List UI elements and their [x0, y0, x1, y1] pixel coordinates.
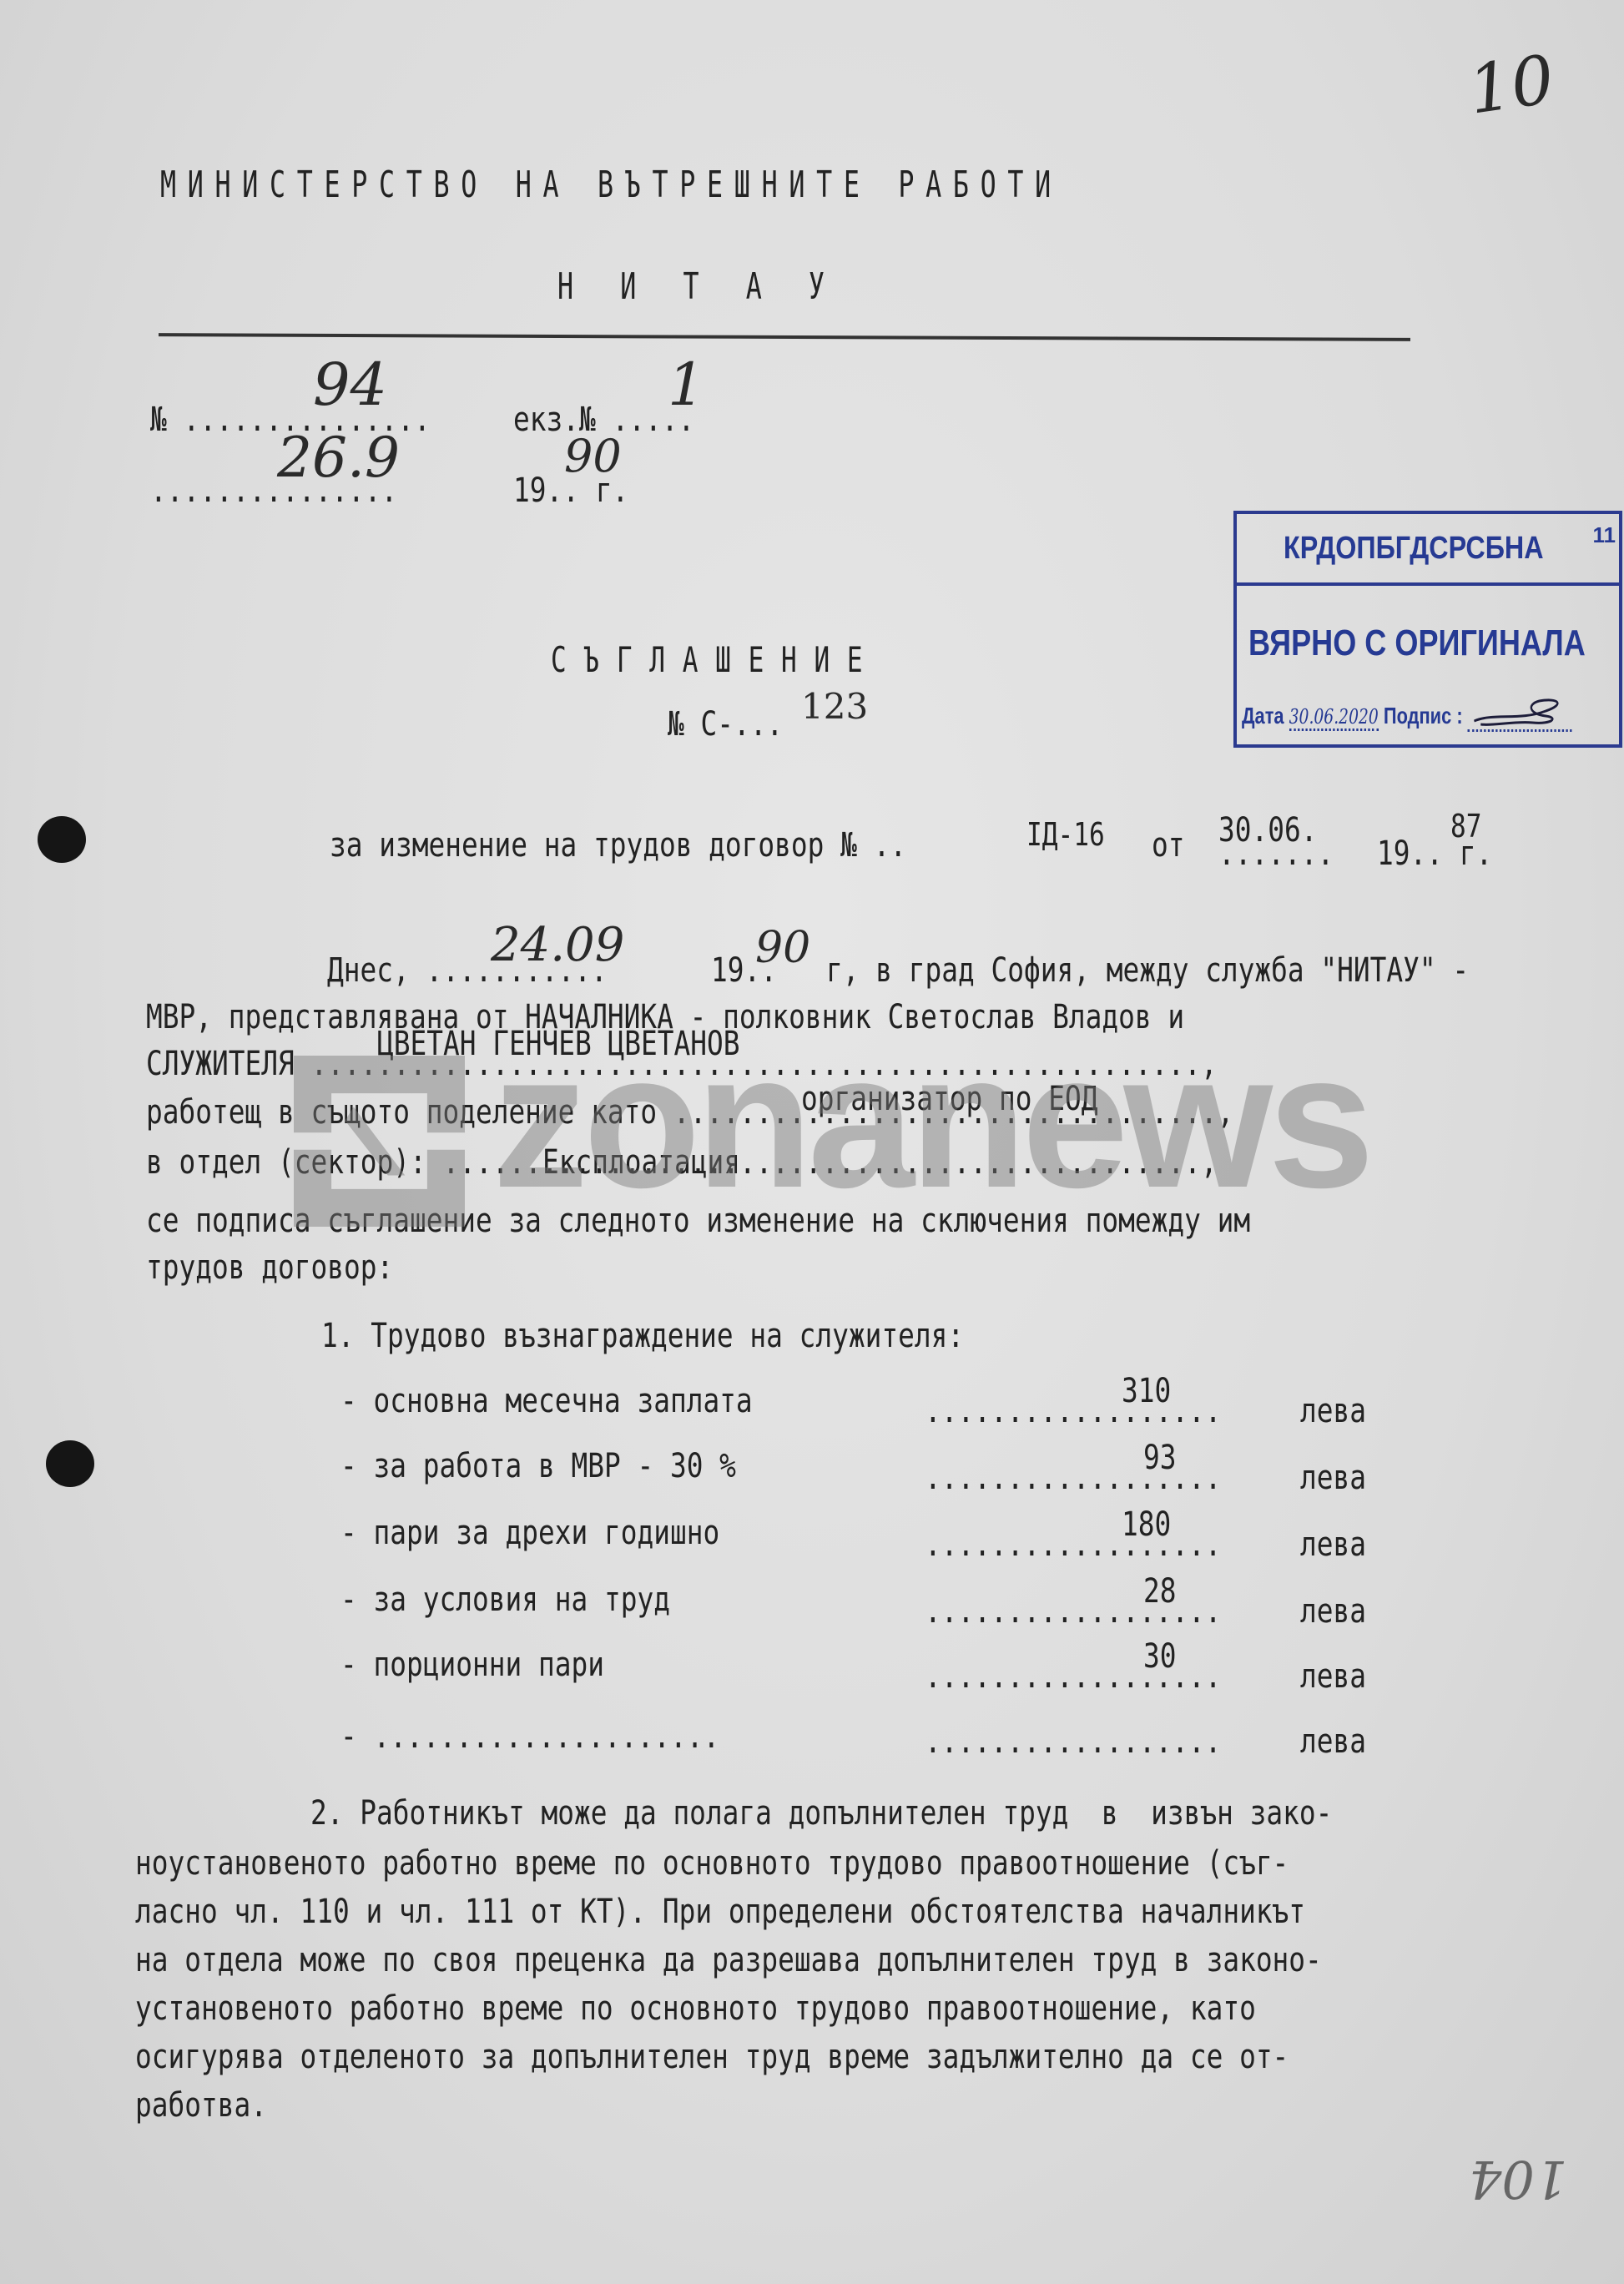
registry-number-value: 94 — [313, 350, 387, 419]
clause2-line: на отдела може по своя преценка да разре… — [135, 1941, 1322, 1979]
unit-heading: НИТАУ — [557, 265, 871, 308]
signature-scribble-icon — [1468, 696, 1566, 729]
stamp-verified-text: ВЯРНО С ОРИГИНАЛА — [1248, 623, 1586, 664]
body-line-1: г, в град София, между служба "НИТАУ" - — [826, 951, 1469, 990]
clause2-line: установеното работно време по основното … — [135, 1989, 1256, 2028]
compensation-amount: 28 — [1143, 1572, 1177, 1611]
compensation-currency: лева — [1300, 1392, 1366, 1430]
header-divider — [159, 333, 1410, 341]
body-year-value: 90 — [755, 923, 810, 973]
punch-hole-bottom — [46, 1440, 94, 1487]
agreement-number-value: 123 — [801, 686, 868, 727]
body-line-7: трудов договор: — [146, 1248, 393, 1287]
compensation-dots: .................. — [925, 1525, 1221, 1564]
compensation-currency: лева — [1300, 1459, 1366, 1497]
compensation-dots: .................. — [925, 1459, 1221, 1497]
agreement-number-label: № С-... — [668, 705, 783, 744]
compensation-label: - пари за дрехи годишно — [340, 1514, 719, 1552]
subject-contract-number: ІД-16 — [1026, 816, 1105, 853]
compensation-currency: лева — [1300, 1592, 1366, 1631]
clause2-line: осигурява отделеното за допълнителен тру… — [135, 2038, 1289, 2076]
stamp-number: 11 — [1593, 522, 1616, 548]
compensation-dots: .................. — [925, 1722, 1221, 1761]
compensation-currency: лева — [1300, 1722, 1366, 1761]
compensation-dots: .................. — [925, 1392, 1221, 1430]
subject-from-label: от — [1152, 826, 1185, 865]
body-date-value: 24.09 — [491, 918, 624, 972]
compensation-heading: 1. Трудово възнаграждение на служителя: — [321, 1317, 964, 1355]
subject-text: за изменение на трудов договор № .. — [330, 826, 906, 865]
compensation-label: - за работа в МВР - 30 % — [340, 1447, 736, 1485]
compensation-dots: .................. — [925, 1657, 1221, 1696]
compensation-amount: 310 — [1122, 1372, 1171, 1410]
registry-date-value: 26.9 — [277, 426, 400, 490]
ministry-heading: МИНИСТЕРСТВО НА ВЪТРЕШНИТЕ РАБОТИ — [160, 164, 1062, 206]
compensation-label: - ..................... — [340, 1717, 719, 1756]
compensation-amount: 93 — [1143, 1439, 1177, 1477]
stamp-signature-label: Подпис : — [1384, 703, 1463, 729]
subject-year-value: 87 — [1450, 808, 1482, 845]
compensation-amount: 30 — [1143, 1637, 1177, 1676]
page-number-bottom: 104 — [1469, 2149, 1567, 2210]
compensation-currency: лева — [1300, 1657, 1366, 1696]
compensation-label: - основна месечна заплата — [340, 1382, 753, 1420]
watermark-text: zonanews — [492, 1010, 1369, 1231]
compensation-dots: .................. — [925, 1592, 1221, 1631]
registry-year-value: 90 — [564, 430, 622, 482]
compensation-currency: лева — [1300, 1525, 1366, 1564]
document-title: СЪГЛАШЕНИЕ — [551, 639, 880, 680]
clause2-line: ноустановеното работно време по основнот… — [135, 1844, 1289, 1883]
clause2-line: 2. Работникът може да полага допълнителе… — [310, 1794, 1332, 1833]
compensation-label: - за условия на труд — [340, 1581, 670, 1619]
compensation-label: - порционни пари — [340, 1646, 604, 1684]
stamp-date-value: 30.06.2020 — [1289, 705, 1379, 731]
stamp-signature — [1468, 696, 1572, 732]
stamp-date-label: Дата — [1242, 703, 1284, 729]
watermark-logo-icon — [294, 1056, 465, 1227]
punch-hole-top — [38, 816, 86, 863]
subject-contract-date: 30.06. — [1218, 811, 1317, 850]
document-page: 10 МИНИСТЕРСТВО НА ВЪТРЕШНИТЕ РАБОТИ НИТ… — [0, 0, 1624, 2284]
certification-stamp: КРДОПБГДСРСБНА 11 ВЯРНО С ОРИГИНАЛА Дата… — [1233, 511, 1622, 748]
clause2-line: ласно чл. 110 и чл. 111 от КТ). При опре… — [135, 1893, 1305, 1931]
copy-number-value: 1 — [668, 350, 705, 419]
stamp-org: КРДОПБГДСРСБНА — [1284, 531, 1544, 567]
clause2-line: работва. — [135, 2086, 267, 2125]
compensation-amount: 180 — [1122, 1505, 1171, 1544]
page-number-top: 10 — [1464, 40, 1559, 129]
